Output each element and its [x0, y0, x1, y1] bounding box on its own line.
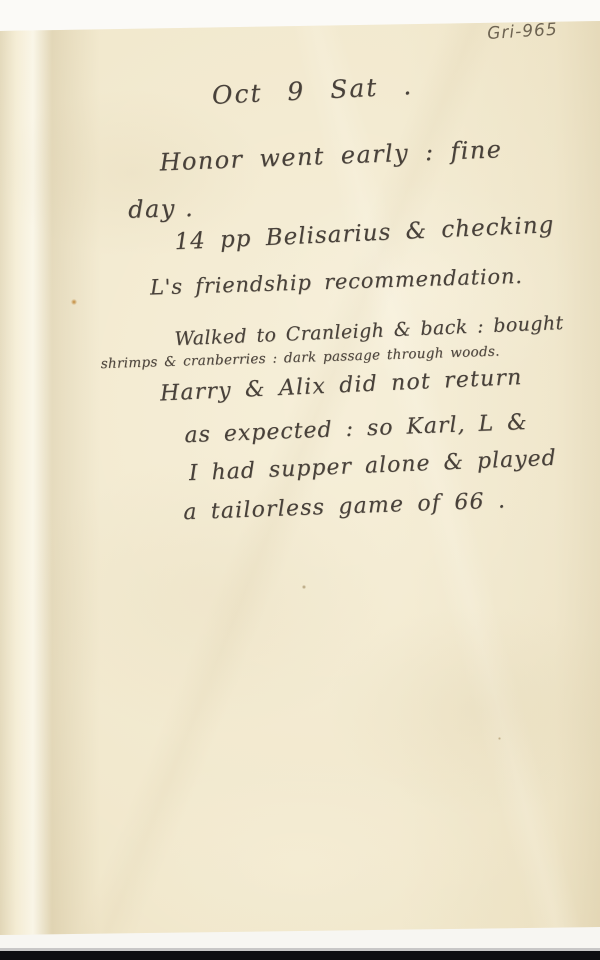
catalog-number-annotation: Gri-965	[487, 20, 559, 44]
entry-line: I had supper alone & played	[188, 446, 557, 486]
diary-paper: Gri-965 Oct 9 Sat . Honor went early : f…	[0, 0, 600, 960]
scanned-diary-page: Gri-965 Oct 9 Sat . Honor went early : f…	[0, 0, 600, 960]
entry-date-heading: Oct 9 Sat .	[211, 71, 414, 110]
entry-line: day .	[128, 194, 195, 224]
entry-line: Walked to Cranleigh & back : bought	[174, 312, 564, 350]
entry-line: as expected : so Karl, L &	[184, 410, 528, 448]
handwritten-entry: Gri-965 Oct 9 Sat . Honor went early : f…	[0, 0, 600, 960]
entry-line: 14 pp Belisarius & checking	[174, 212, 555, 255]
entry-line: a tailorless game of 66 .	[183, 488, 507, 525]
scanner-edge-bar	[0, 951, 600, 960]
entry-line: Honor went early : fine	[159, 135, 503, 176]
entry-line: Harry & Alix did not return	[160, 365, 524, 406]
entry-line: L's friendship recommendation.	[150, 264, 523, 300]
